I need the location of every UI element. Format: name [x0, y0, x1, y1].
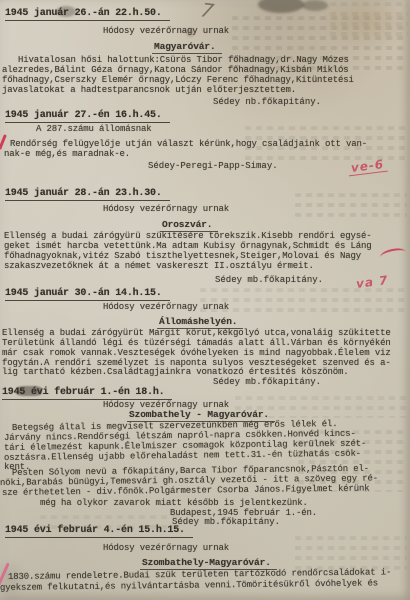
- location-heading: Magyaróvár.: [152, 42, 222, 54]
- signature: Sédey mb.főkapitány.: [213, 377, 321, 387]
- addressee: A 287.számu állomásnak: [36, 124, 152, 134]
- red-margin-note: va 7: [355, 274, 389, 290]
- body-line: javaslatokat a hadtestparancsnok utján e…: [2, 85, 296, 95]
- bleedthrough-text: [295, 536, 407, 570]
- body-line: Hivatalosan hősi halottunk:Csürös Tibor …: [18, 55, 349, 65]
- ink-smudge: [258, 0, 304, 13]
- date-heading: 1945 január 30.-án 14.h.15.: [5, 288, 170, 301]
- salutation: Hódosy vezérőrnagy urnak: [103, 204, 229, 214]
- body-line: lig tartható kézben.Családtagjainkra von…: [2, 367, 349, 377]
- body-line: szakaszvezetőknek át a német vaskereszt …: [4, 261, 314, 271]
- date-heading: 1945 január 26.-án 22.h.50.: [5, 8, 170, 21]
- body-line: főhadnagyoknak,vitéz Szabó tiszthelyette…: [4, 251, 361, 261]
- date-heading: 1945 évi február 1.-én 18.h.: [2, 387, 172, 400]
- red-margin-note: ve-6: [347, 158, 388, 177]
- body-line: már csak romok vannak.Veszteségek óvóhel…: [2, 348, 391, 358]
- body-line: még ha olykor zavarok miatt később is je…: [40, 498, 308, 508]
- body-line: Rendőrség felügyelője utján választ kérü…: [10, 139, 367, 149]
- scanned-telegram-page: 7 1945 január 26.-án 22.h.50. Hódosy vez…: [0, 0, 410, 600]
- body-line: geket ismét harcba vetettünk.Ma adtam Ku…: [4, 241, 372, 251]
- signature: Sédey nb.főkapitány.: [213, 97, 321, 107]
- bleedthrough-text: [295, 193, 407, 217]
- signature: Sédey mb.főkapitány.: [215, 275, 323, 285]
- body-line: nak-e még,és maradnak-e.: [4, 149, 130, 159]
- salutation: Hódosy vezérőrnagy urnak: [103, 543, 229, 553]
- body-line: főhadnagy,Cserszky Elemér őrnagy,Lóczy F…: [2, 75, 354, 85]
- salutation: Hódosy vezérőrnagy urnak: [103, 26, 229, 36]
- body-line: Ellenség a budai zárógyürüt Margit körut…: [2, 328, 391, 338]
- date-heading: 1945 január 28.-án 23.h.30.: [5, 188, 170, 201]
- date-heading: 1945 évi február 4.-én 15.h.15.: [5, 525, 193, 538]
- pencil-page-number: 7: [199, 1, 215, 21]
- salutation: Hódosy vezérőrnagy urnak: [103, 302, 229, 312]
- body-line: Területünk állandó légi és tüzérségi tám…: [2, 338, 391, 348]
- body-line: Ellenség a budai zárógyürü szükitésére t…: [4, 231, 372, 241]
- red-slash-mark: [0, 134, 6, 150]
- red-check-mark: [379, 246, 407, 262]
- body-line: alezredes,Bálint Géza őrnagy,Katona Sánd…: [2, 65, 349, 75]
- signature: Sédey-Peregi-Papp-Simay.: [148, 161, 278, 171]
- bleedthrough-text: [200, 288, 408, 318]
- date-heading: 1945 január 27.-én 16.h.45.: [5, 110, 170, 123]
